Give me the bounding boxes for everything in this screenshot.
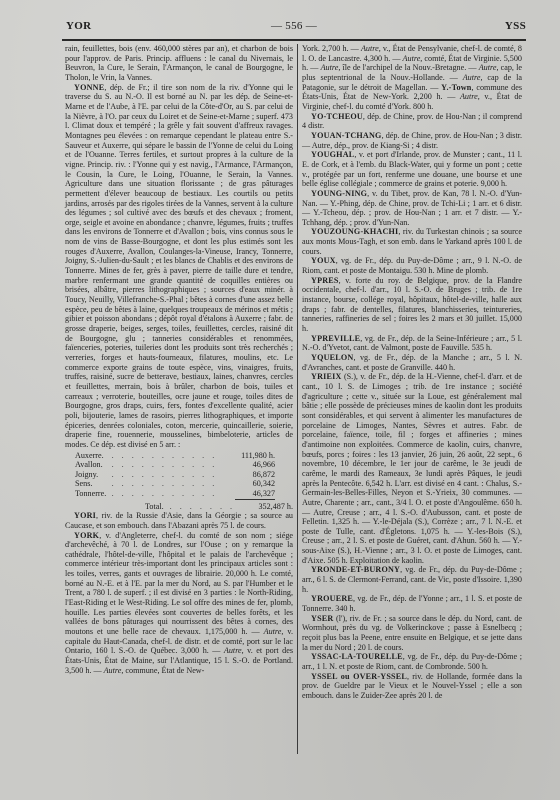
running-head: YOR — 556 — YSS <box>62 20 526 34</box>
italic-autre: Autre <box>264 627 282 636</box>
entry-text: , v. d'Angleterre, chef-l. du comté de s… <box>65 531 293 637</box>
entry-text: (S.), v. de Fr., dép. de la H.-Vienne, c… <box>302 372 522 564</box>
total-row: Total. . . . . . . . 352,487 h. <box>65 502 293 512</box>
headword: YRONDE-ET-BURONY <box>311 565 400 574</box>
headword: YOUX <box>311 256 336 265</box>
arr-name: Avallon. <box>75 460 112 470</box>
entry-york-continued: York. 2,700 h. — Autre, v., État de Pens… <box>302 44 522 112</box>
entry-yori: YORI, riv. de la Russie d'Asie, dans la … <box>65 511 293 530</box>
arr-name: Joigny. <box>75 470 112 480</box>
italic-autre: Autre <box>104 666 122 675</box>
table-row: Joigny. . . . . . . . . . . . 86,872 <box>75 470 275 480</box>
table-row: Avallon. . . . . . . . . . . . 46,966 <box>75 460 275 470</box>
sub-headword: Y.-Town <box>441 83 471 92</box>
entry-text: , île de l'archipel de la Nouv.-Bretagne… <box>338 63 478 72</box>
continued-paragraph: rain, feuillettes, bois (env. 460,000 st… <box>65 44 293 83</box>
leader-dots: . . . . . . . . . . . <box>112 470 236 480</box>
table-row: Auxerre. . . . . . . . . . . . 111,980 h… <box>75 451 275 461</box>
headword: YORI <box>74 511 96 520</box>
entry-yrieix: YRIEIX (S.), v. de Fr., dép. de la H.-Vi… <box>302 372 522 565</box>
headword: YOUNG-NING <box>311 189 367 198</box>
arr-name: Sens. <box>75 479 112 489</box>
entry-yonne: YONNE, dép. de Fr.; il tire son nom de l… <box>65 83 293 450</box>
italic-autre: Autre <box>463 73 481 82</box>
headword: YOUZOUNG-KHACHI <box>311 227 398 236</box>
column-divider <box>297 44 298 754</box>
page-number: — 556 — <box>62 20 526 32</box>
italic-autre: Autre <box>403 54 421 63</box>
left-column: rain, feuillettes, bois (env. 460,000 st… <box>65 44 293 675</box>
entry-ypreville: YPREVILLE, vg. de Fr., dép. de la Seine-… <box>302 334 522 353</box>
entry-yssac-la-tourelle: YSSAC-LA-TOURELLE, vg. de Fr., dép. du P… <box>302 652 522 671</box>
entry-text: , commune, État de New- <box>121 666 204 675</box>
entry-youx: YOUX, vg. de Fr., dép. du Puy-de-Dôme ; … <box>302 256 522 275</box>
headword: YRIEIX <box>311 372 342 381</box>
headword: YOUAN-TCHANG <box>311 131 382 140</box>
leader-dots: . . . . . . . . . . . <box>112 460 236 470</box>
total-label: Total. <box>65 502 164 512</box>
headword: YPREVILLE <box>311 334 360 343</box>
entry-text: York. 2,700 h. — <box>302 44 361 53</box>
entry-text: , riv. de la Russie d'Asie, dans la Géor… <box>65 511 293 530</box>
arrondissement-table: Auxerre. . . . . . . . . . . . 111,980 h… <box>75 451 275 500</box>
leader-dots: . . . . . . . <box>164 502 259 512</box>
italic-autre: Autre <box>224 646 242 655</box>
total-value: 352,487 h. <box>258 502 293 512</box>
entry-text: (l'), riv. de Fr. ; sa source dans le dé… <box>302 614 522 652</box>
entry-yo-tcheou: YO-TCHEOU, dép. de Chine, prov. de Hou-N… <box>302 112 522 131</box>
italic-autre: Autre <box>460 92 478 101</box>
headword: YPRES <box>311 276 339 285</box>
headword: YQUELON <box>311 353 353 362</box>
headword: YROUERE <box>311 594 353 603</box>
entry-text: , dép. de Fr.; il tire son nom de la riv… <box>65 83 293 449</box>
arr-name: Auxerre. <box>75 451 112 461</box>
right-column: York. 2,700 h. — Autre, v., État de Pens… <box>302 44 522 701</box>
entry-youzoung-khachi: YOUZOUNG-KHACHI, riv. du Turkestan chino… <box>302 227 522 256</box>
scanned-page: YOR — 556 — YSS rain, feuillettes, bois … <box>0 0 560 800</box>
arr-population: 86,872 <box>235 470 275 480</box>
headword: YORK <box>74 531 99 540</box>
arr-population: 46,327 <box>235 489 275 499</box>
leader-dots: . . . . . . . . . . . <box>112 489 236 499</box>
entry-yquelon: YQUELON, vg. de Fr., dép. de la Manche ;… <box>302 353 522 372</box>
entry-yronde-et-burony: YRONDE-ET-BURONY, vg. de Fr., dép. du Pu… <box>302 565 522 594</box>
entry-text: , vg. de Fr., dép. du Puy-de-Dôme ; arr.… <box>302 256 522 275</box>
italic-autre: Autre <box>321 63 339 72</box>
entry-young-ning: YOUNG-NING, v. du Tibet, prov. de Kan, 7… <box>302 189 522 228</box>
table-row: Tonnerre. . . . . . . . . . . . 46,327 <box>75 489 275 499</box>
header-rule <box>62 39 526 41</box>
arr-population: 60,342 <box>235 479 275 489</box>
header-right-guide-word: YSS <box>505 20 526 32</box>
headword: YSER <box>311 614 333 623</box>
entry-ypres: YPRES, v. forte du roy. de Belgique, pro… <box>302 276 522 334</box>
entry-yser: YSER (l'), riv. de Fr. ; sa source dans … <box>302 614 522 653</box>
entry-yssel: YSSEL ou OVER-YSSEL, riv. de Hollande, f… <box>302 672 522 701</box>
entry-yrouere: YROUERE, vg. de Fr., dép. de l'Yonne ; a… <box>302 594 522 613</box>
entry-youan-tchang: YOUAN-TCHANG, dép. de Chine, prov. de Ho… <box>302 131 522 150</box>
arr-population: 111,980 h. <box>235 451 275 461</box>
headword: YSSEL ou OVER-YSSEL <box>311 672 407 681</box>
table-row: Sens. . . . . . . . . . . . 60,342 <box>75 479 275 489</box>
italic-autre: Autre <box>479 63 497 72</box>
arr-population: 46,966 <box>235 460 275 470</box>
headword: YOUGHAL <box>311 150 354 159</box>
headword: YONNE <box>74 83 104 92</box>
headword: YO-TCHEOU <box>311 112 363 121</box>
entry-york: YORK, v. d'Angleterre, chef-l. du comté … <box>65 531 293 676</box>
leader-dots: . . . . . . . . . . . <box>112 451 236 461</box>
italic-autre: Autre <box>361 44 379 53</box>
arr-name: Tonnerre. <box>75 489 112 499</box>
entry-youghal: YOUGHAL, v. et port d'Irlande, prov. de … <box>302 150 522 189</box>
leader-dots: . . . . . . . . . . . <box>112 479 236 489</box>
headword: YSSAC-LA-TOURELLE <box>311 652 403 661</box>
